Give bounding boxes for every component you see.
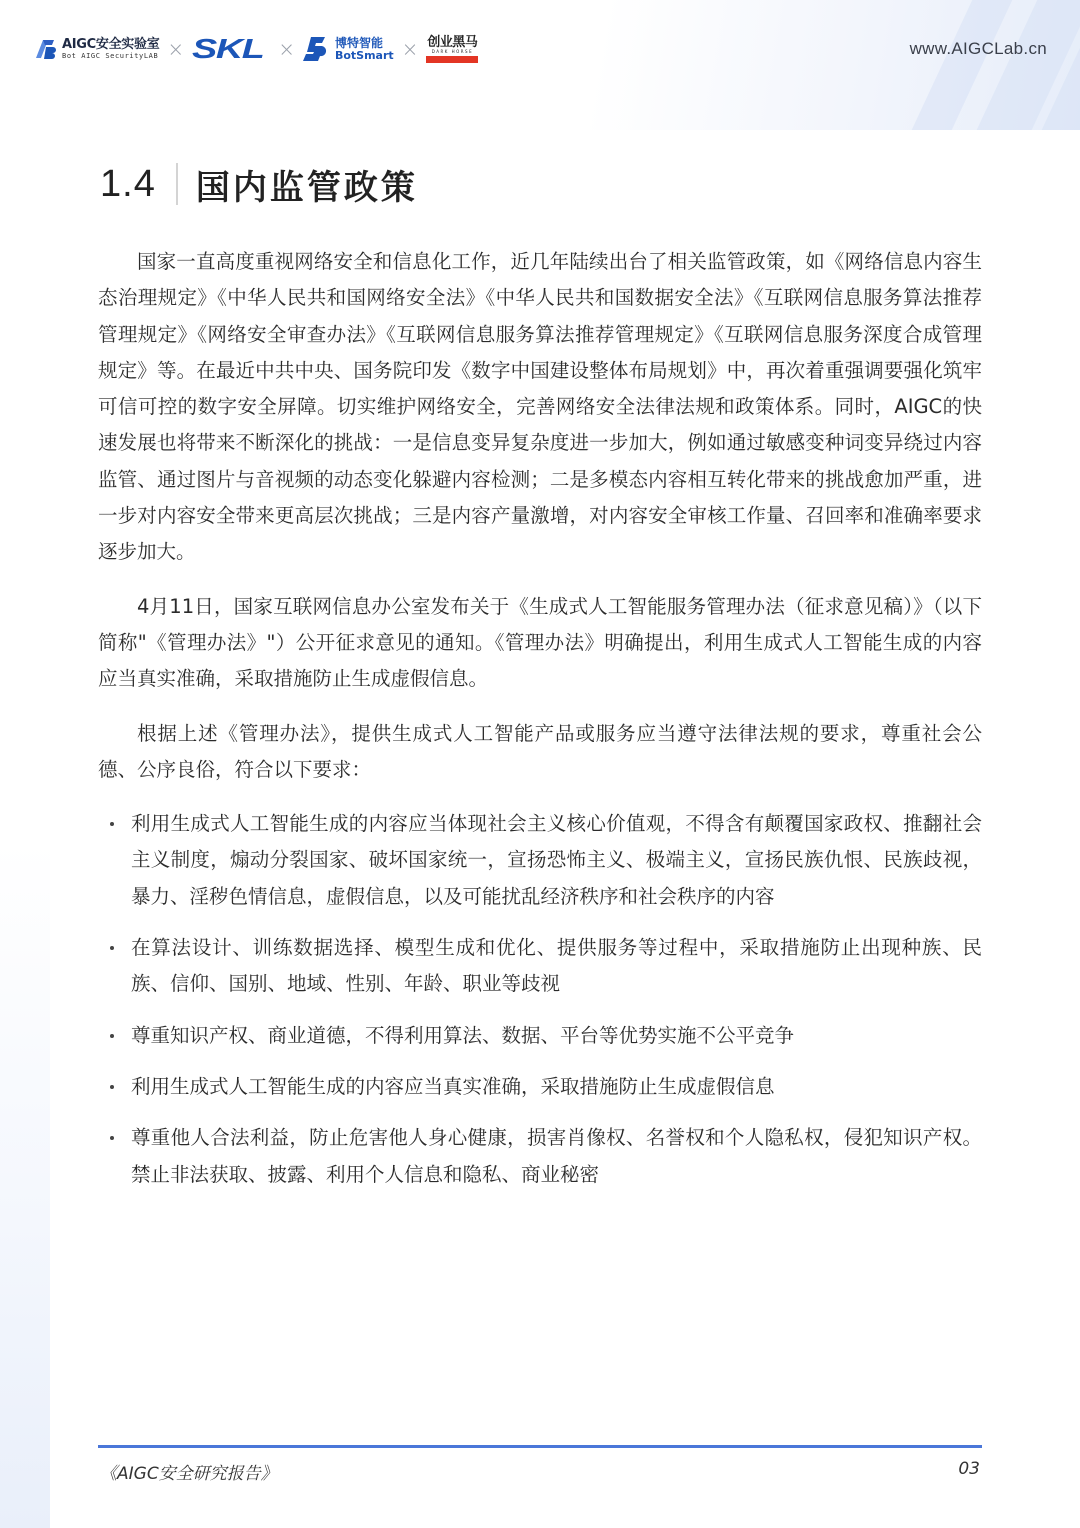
times-separator: ×: [167, 39, 184, 59]
botsmart-name-en: BotSmart: [335, 50, 394, 61]
aigc-lab-subtitle: Bot AIGC SecurityLAB: [62, 53, 159, 60]
section-number: 1.4: [100, 163, 156, 206]
times-separator: ×: [402, 39, 419, 59]
skl-logo: SKL: [192, 35, 297, 63]
botsmart-logo: 博特智能 BotSmart: [303, 36, 394, 62]
dark-horse-name-cn: 创业黑马: [427, 36, 477, 49]
bullet-icon: [110, 1085, 114, 1089]
site-url[interactable]: www.AIGCLab.cn: [910, 39, 1047, 59]
footer-report-title: 《AIGC安全研究报告》: [100, 1459, 278, 1484]
list-item: 尊重知识产权、商业道德，不得利用算法、数据、平台等优势实施不公平竞争: [98, 1018, 982, 1054]
paragraph-intro: 国家一直高度重视网络安全和信息化工作，近几年陆续出台了相关监管政策，如《网络信息…: [98, 244, 982, 571]
list-item: 在算法设计、训练数据选择、模型生成和优化、提供服务等过程中，采取措施防止出现种族…: [98, 930, 982, 1003]
aigc-lab-name: AIGC安全实验室: [62, 38, 159, 51]
aigc-lab-logo: AIGC安全实验室 Bot AIGC SecurityLAB: [34, 38, 159, 60]
heading-divider: [176, 163, 178, 205]
page-number: 03: [958, 1459, 980, 1479]
partner-logo-bar: AIGC安全实验室 Bot AIGC SecurityLAB × SKL × 博…: [34, 33, 478, 65]
list-item-text: 利用生成式人工智能生成的内容应当真实准确，采取措施防止生成虚假信息: [131, 1075, 775, 1098]
list-item-text: 在算法设计、训练数据选择、模型生成和优化、提供服务等过程中，采取措施防止出现种族…: [131, 936, 982, 995]
dark-horse-name-en: DARK HORSE: [432, 50, 473, 54]
bullet-icon: [110, 1136, 114, 1140]
list-item-text: 利用生成式人工智能生成的内容应当体现社会主义核心价值观，不得含有颠覆国家政权、推…: [131, 812, 982, 908]
list-item-text: 尊重他人合法利益，防止危害他人身心健康，损害肖像权、名誉权和个人隐私权，侵犯知识…: [131, 1126, 982, 1185]
section-heading: 1.4 国内监管政策: [100, 160, 418, 208]
bullet-icon: [110, 1034, 114, 1038]
botsmart-name-cn: 博特智能: [335, 37, 394, 49]
paragraph-announcement: 4月11日，国家互联网信息办公室发布关于《生成式人工智能服务管理办法（征求意见稿…: [98, 589, 982, 698]
paragraph-requirements-lead: 根据上述《管理办法》，提供生成式人工智能产品或服务应当遵守法律法规的要求，尊重社…: [98, 716, 982, 789]
body-content: 国家一直高度重视网络安全和信息化工作，近几年陆续出台了相关监管政策，如《网络信息…: [98, 244, 982, 1193]
header-background: [0, 0, 1080, 130]
requirements-list: 利用生成式人工智能生成的内容应当体现社会主义核心价值观，不得含有颠覆国家政权、推…: [98, 806, 982, 1193]
bullet-icon: [110, 822, 114, 826]
aigc-lab-logo-icon: [34, 38, 58, 60]
section-title: 国内监管政策: [196, 160, 418, 209]
footer-divider: [98, 1445, 982, 1448]
list-item: 尊重他人合法利益，防止危害他人身心健康，损害肖像权、名誉权和个人隐私权，侵犯知识…: [98, 1120, 982, 1193]
left-decorative-strip: [0, 0, 50, 1528]
dark-horse-red-bar: [426, 56, 478, 63]
list-item-text: 尊重知识产权、商业道德，不得利用算法、数据、平台等优势实施不公平竞争: [131, 1024, 794, 1047]
dark-horse-logo: 创业黑马 DARK HORSE: [426, 36, 478, 63]
list-item: 利用生成式人工智能生成的内容应当体现社会主义核心价值观，不得含有颠覆国家政权、推…: [98, 806, 982, 915]
bullet-icon: [110, 946, 114, 950]
botsmart-logo-icon: [303, 36, 331, 62]
list-item: 利用生成式人工智能生成的内容应当真实准确，采取措施防止生成虚假信息: [98, 1069, 982, 1105]
